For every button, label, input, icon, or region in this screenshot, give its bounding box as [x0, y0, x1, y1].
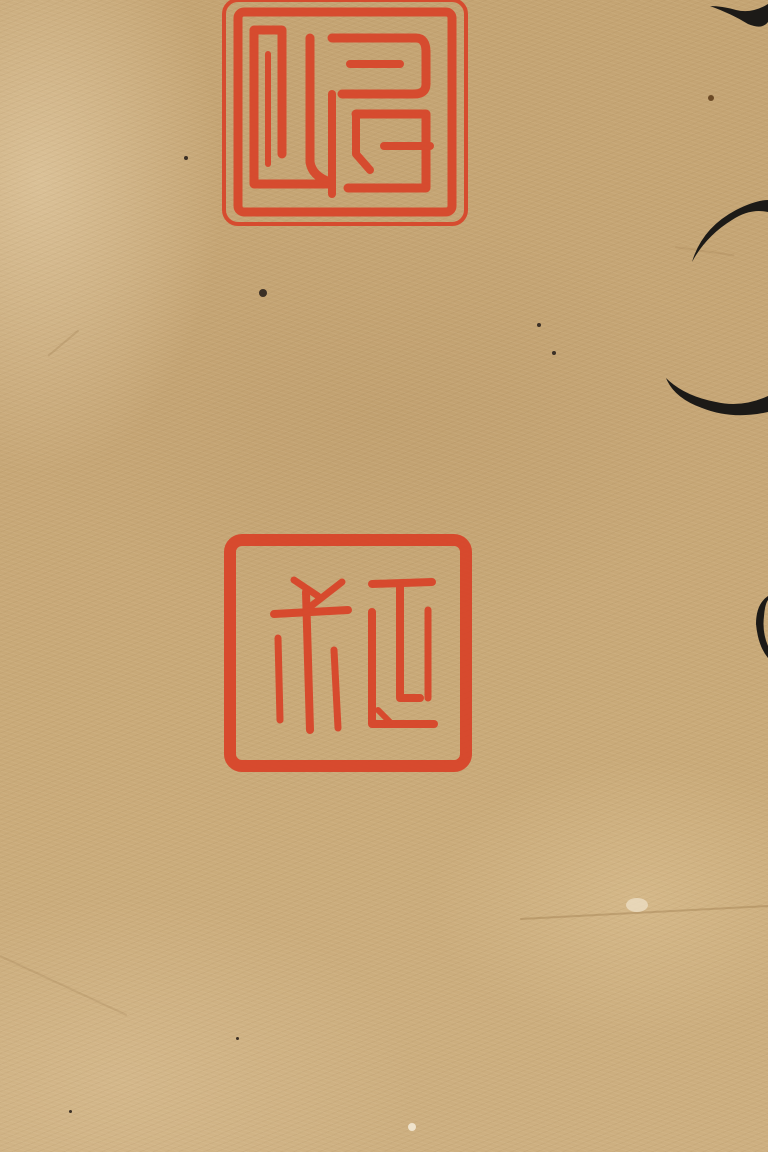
calligraphy-stroke-1	[710, 4, 768, 27]
paper-crease	[0, 955, 127, 1016]
ink-speck	[552, 351, 556, 355]
bottom-seal-stamp	[222, 530, 476, 776]
ink-speck	[537, 323, 541, 327]
ink-speck	[184, 156, 188, 160]
paper-crease	[47, 330, 79, 357]
aged-paper	[0, 0, 768, 1152]
calligraphy-stroke-3	[666, 378, 768, 415]
calligraphy-stroke-2	[692, 200, 768, 262]
paper-fleck	[408, 1123, 416, 1131]
calligraphy-strokes	[640, 0, 768, 700]
top-seal-stamp	[220, 0, 472, 230]
paper-fleck	[626, 898, 648, 912]
ink-speck	[236, 1037, 239, 1040]
calligraphy-stroke-4	[756, 596, 768, 658]
ink-speck	[69, 1110, 72, 1113]
ink-speck	[259, 289, 267, 297]
